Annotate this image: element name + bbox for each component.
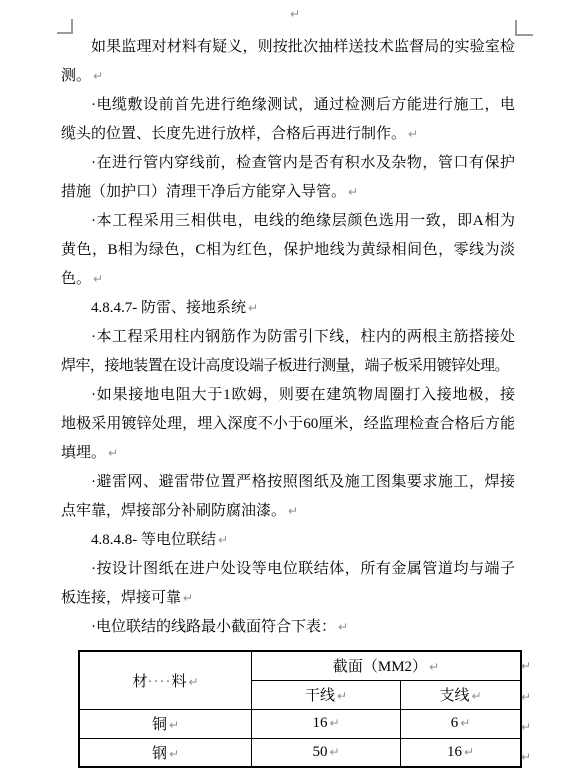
paragraph-mark-icon: ↵ — [91, 272, 103, 286]
table-row: 材····料↵ 截面（MM2）↵ — [79, 651, 521, 680]
document-line: ·避雷网、避雷带位置严格按照图纸及施工图集要求施工，焊接 — [61, 468, 515, 497]
paragraph-mark-icon: ↵ — [290, 0, 300, 29]
paragraph-mark-icon: ↵ — [181, 591, 193, 605]
paragraph-mark-icon: ↵ — [427, 660, 439, 674]
document-line: 地极采用镀锌处理，埋入深度不小于60厘米，经监理检查合格后方能 — [61, 410, 515, 439]
paragraph-mark-icon: ↵ — [167, 747, 179, 761]
paragraph-mark-icon: ↵ — [346, 185, 358, 199]
row-end-mark-icon: ↵ — [521, 743, 531, 772]
table-cell-trunk-value: 50↵ — [252, 738, 401, 767]
paragraph-mark-icon: ↵ — [469, 689, 481, 703]
paragraph-mark-icon: ↵ — [106, 446, 118, 460]
document-line: ·本工程采用柱内钢筋作为防雷引下线，柱内的两根主筋搭接处 — [61, 323, 515, 352]
paragraph-mark-icon: ↵ — [327, 745, 339, 759]
row-end-mark-icon: ↵ — [521, 713, 531, 742]
document-line: 色。↵ — [61, 265, 515, 294]
text-boundary-corner-top-right-icon — [515, 20, 533, 36]
table-cell-branch-value: 16↵ — [401, 738, 522, 767]
document-line: ·电缆敷设前首先进行绝缘测试，通过检测后方能进行施工，电 — [61, 91, 515, 120]
paragraph-mark-icon: ↵ — [186, 675, 198, 689]
table-cell-section-header: 截面（MM2）↵ — [252, 651, 522, 680]
document-line: 板连接，焊接可靠↵ — [61, 584, 515, 613]
table-cell-trunk-value: 16↵ — [252, 709, 401, 738]
document-line: 点牢靠，焊接部分补刷防腐油漆。↵ — [61, 497, 515, 526]
paragraph-mark-icon: ↵ — [246, 301, 258, 315]
table-cell-trunk-header: 干线↵ — [252, 680, 401, 709]
paragraph-mark-icon: ↵ — [167, 718, 179, 732]
paragraph-mark-icon: ↵ — [462, 745, 474, 759]
space-dots: ···· — [147, 674, 171, 690]
table-cell-branch-value: 6↵ — [401, 709, 522, 738]
paragraph-mark-icon: ↵ — [336, 620, 348, 634]
row-end-mark-icon: ↵ — [521, 652, 531, 681]
table-cell-material-header: 材····料↵ — [79, 651, 252, 709]
paragraph-mark-icon: ↵ — [458, 716, 470, 730]
table-cell-material: 铜↵ — [79, 709, 252, 738]
row-end-mark-icon: ↵ — [521, 683, 531, 712]
document-line: 黄色，B相为绿色，C相为红色，保护地线为黄绿相间色，零线为淡蓝 — [61, 236, 515, 265]
document-line: ·按设计图纸在进户处设等电位联结体，所有金属管道均与端子 — [61, 555, 515, 584]
table-row: 铜↵ 16↵ 6↵ — [79, 709, 521, 738]
document-body: 如果监理对材料有疑义，则按批次抽样送技术监督局的实验室检 测。↵ ·电缆敷设前首… — [61, 33, 515, 642]
section-heading: 4.8.4.8- 等电位联结↵ — [61, 526, 515, 555]
document-line: 焊牢，接地装置在设计高度设端子板进行测量，端子板采用镀锌处理。↵ — [61, 352, 515, 381]
text-boundary-corner-top-left-icon — [57, 19, 73, 34]
document-line: 填埋。↵ — [61, 439, 515, 468]
table-row: 钢↵ 50↵ 16↵ — [79, 738, 521, 767]
paragraph-mark-icon: ↵ — [216, 533, 228, 547]
document-page: ↵ 如果监理对材料有疑义，则按批次抽样送技术监督局的实验室检 测。↵ ·电缆敷设… — [0, 0, 564, 780]
cross-section-table: 材····料↵ 截面（MM2）↵ 干线↵ 支线↵ 铜↵ 16↵ 6↵ 钢↵ 50… — [78, 650, 522, 768]
document-line: ·本工程采用三相供电，电线的绝缘层颜色选用一致，即A相为 — [61, 207, 515, 236]
table-cell-material: 钢↵ — [79, 738, 252, 767]
paragraph-mark-icon: ↵ — [286, 504, 298, 518]
document-line: 如果监理对材料有疑义，则按批次抽样送技术监督局的实验室检 — [61, 33, 515, 62]
document-line: 测。↵ — [61, 62, 515, 91]
document-line: ·如果接地电阻大于1欧姆，则要在建筑物周圈打入接地极，接 — [61, 381, 515, 410]
paragraph-mark-icon: ↵ — [91, 69, 103, 83]
paragraph-mark-icon: ↵ — [327, 716, 339, 730]
document-line: ·电位联结的线路最小截面符合下表：↵ — [61, 613, 515, 642]
document-line: 缆头的位置、长度先进行放样，合格后再进行制作。↵ — [61, 120, 515, 149]
paragraph-mark-icon: ↵ — [335, 689, 347, 703]
paragraph-mark-icon: ↵ — [406, 127, 418, 141]
section-heading: 4.8.4.7- 防雷、接地系统↵ — [61, 294, 515, 323]
document-line: ·在进行管内穿线前，检查管内是否有积水及杂物，管口有保护 — [61, 149, 515, 178]
document-line: 措施（加护口）清理干净后方能穿入导管。↵ — [61, 178, 515, 207]
table-cell-branch-header: 支线↵ — [401, 680, 522, 709]
